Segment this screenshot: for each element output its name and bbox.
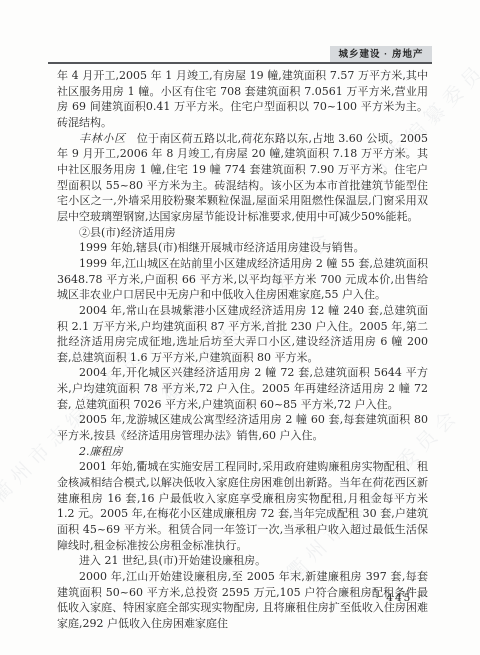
- paragraph-fenglin-estate: 丰林小区位于南区荷五路以北,荷花东路以东,占地 3.60 公顷。2005 年 9…: [57, 131, 428, 225]
- document-page: 衢州市志编纂委员会 衢州市志编纂委员会 衢州市志编纂委员会 衢州市志编纂委员会 …: [0, 0, 480, 655]
- page-number: · 445 ·: [376, 592, 423, 604]
- heading-low-rent-housing: 2.廉租房: [57, 444, 428, 460]
- paragraph-2005-longyou: 2005 年,龙游城区建成公寓型经济适用房 2 幢 60 套,每套建筑面积 80…: [57, 412, 428, 443]
- paragraph-2004-kaihua: 2004 年,开化城区兴建经济适用房 2 幢 72 套,总建筑面积 5644 平…: [57, 365, 428, 412]
- header-rule: [48, 62, 432, 64]
- paragraph-1999-overview: 1999 年始,辖县(市)相继开展城市经济适用房建设与销售。: [57, 240, 428, 256]
- section-header-badge: 城乡建设 · 房地产: [330, 46, 432, 63]
- paragraph-2004-changshan: 2004 年,常山在县城紫港小区建成经济适用房 12 幢 240 套,总建筑面积…: [57, 303, 428, 366]
- paragraph-2001-qucheng: 2001 年始,衢城在实施安居工程同时,采用政府建购廉租房实物配租、租金核减相结…: [57, 459, 428, 553]
- paragraph-lead: 丰林小区: [79, 132, 126, 145]
- paragraph-2000-jiangshan: 2000 年,江山开始建设廉租房,至 2005 年末,新建廉租房 397 套,每…: [57, 569, 428, 632]
- paragraph-continuation: 年 4 月开工,2005 年 1 月竣工,有房屋 19 幢,建筑面积 7.57 …: [57, 68, 428, 131]
- paragraph-1999-jiangshan: 1999 年,江山城区在站前里小区建成经济适用房 2 幢 55 套,总建筑面积 …: [57, 256, 428, 303]
- paragraph-21st-century: 进入 21 世纪,县(市)开始建设廉租房。: [57, 553, 428, 569]
- heading-county-affordable-housing: ②县(市)经济适用房: [57, 225, 428, 241]
- paragraph-text: 位于南区荷五路以北,荷花东路以东,占地 3.60 公顷。2005 年 9 月开工…: [57, 132, 428, 223]
- page-body: 年 4 月开工,2005 年 1 月竣工,有房屋 19 幢,建筑面积 7.57 …: [57, 68, 428, 632]
